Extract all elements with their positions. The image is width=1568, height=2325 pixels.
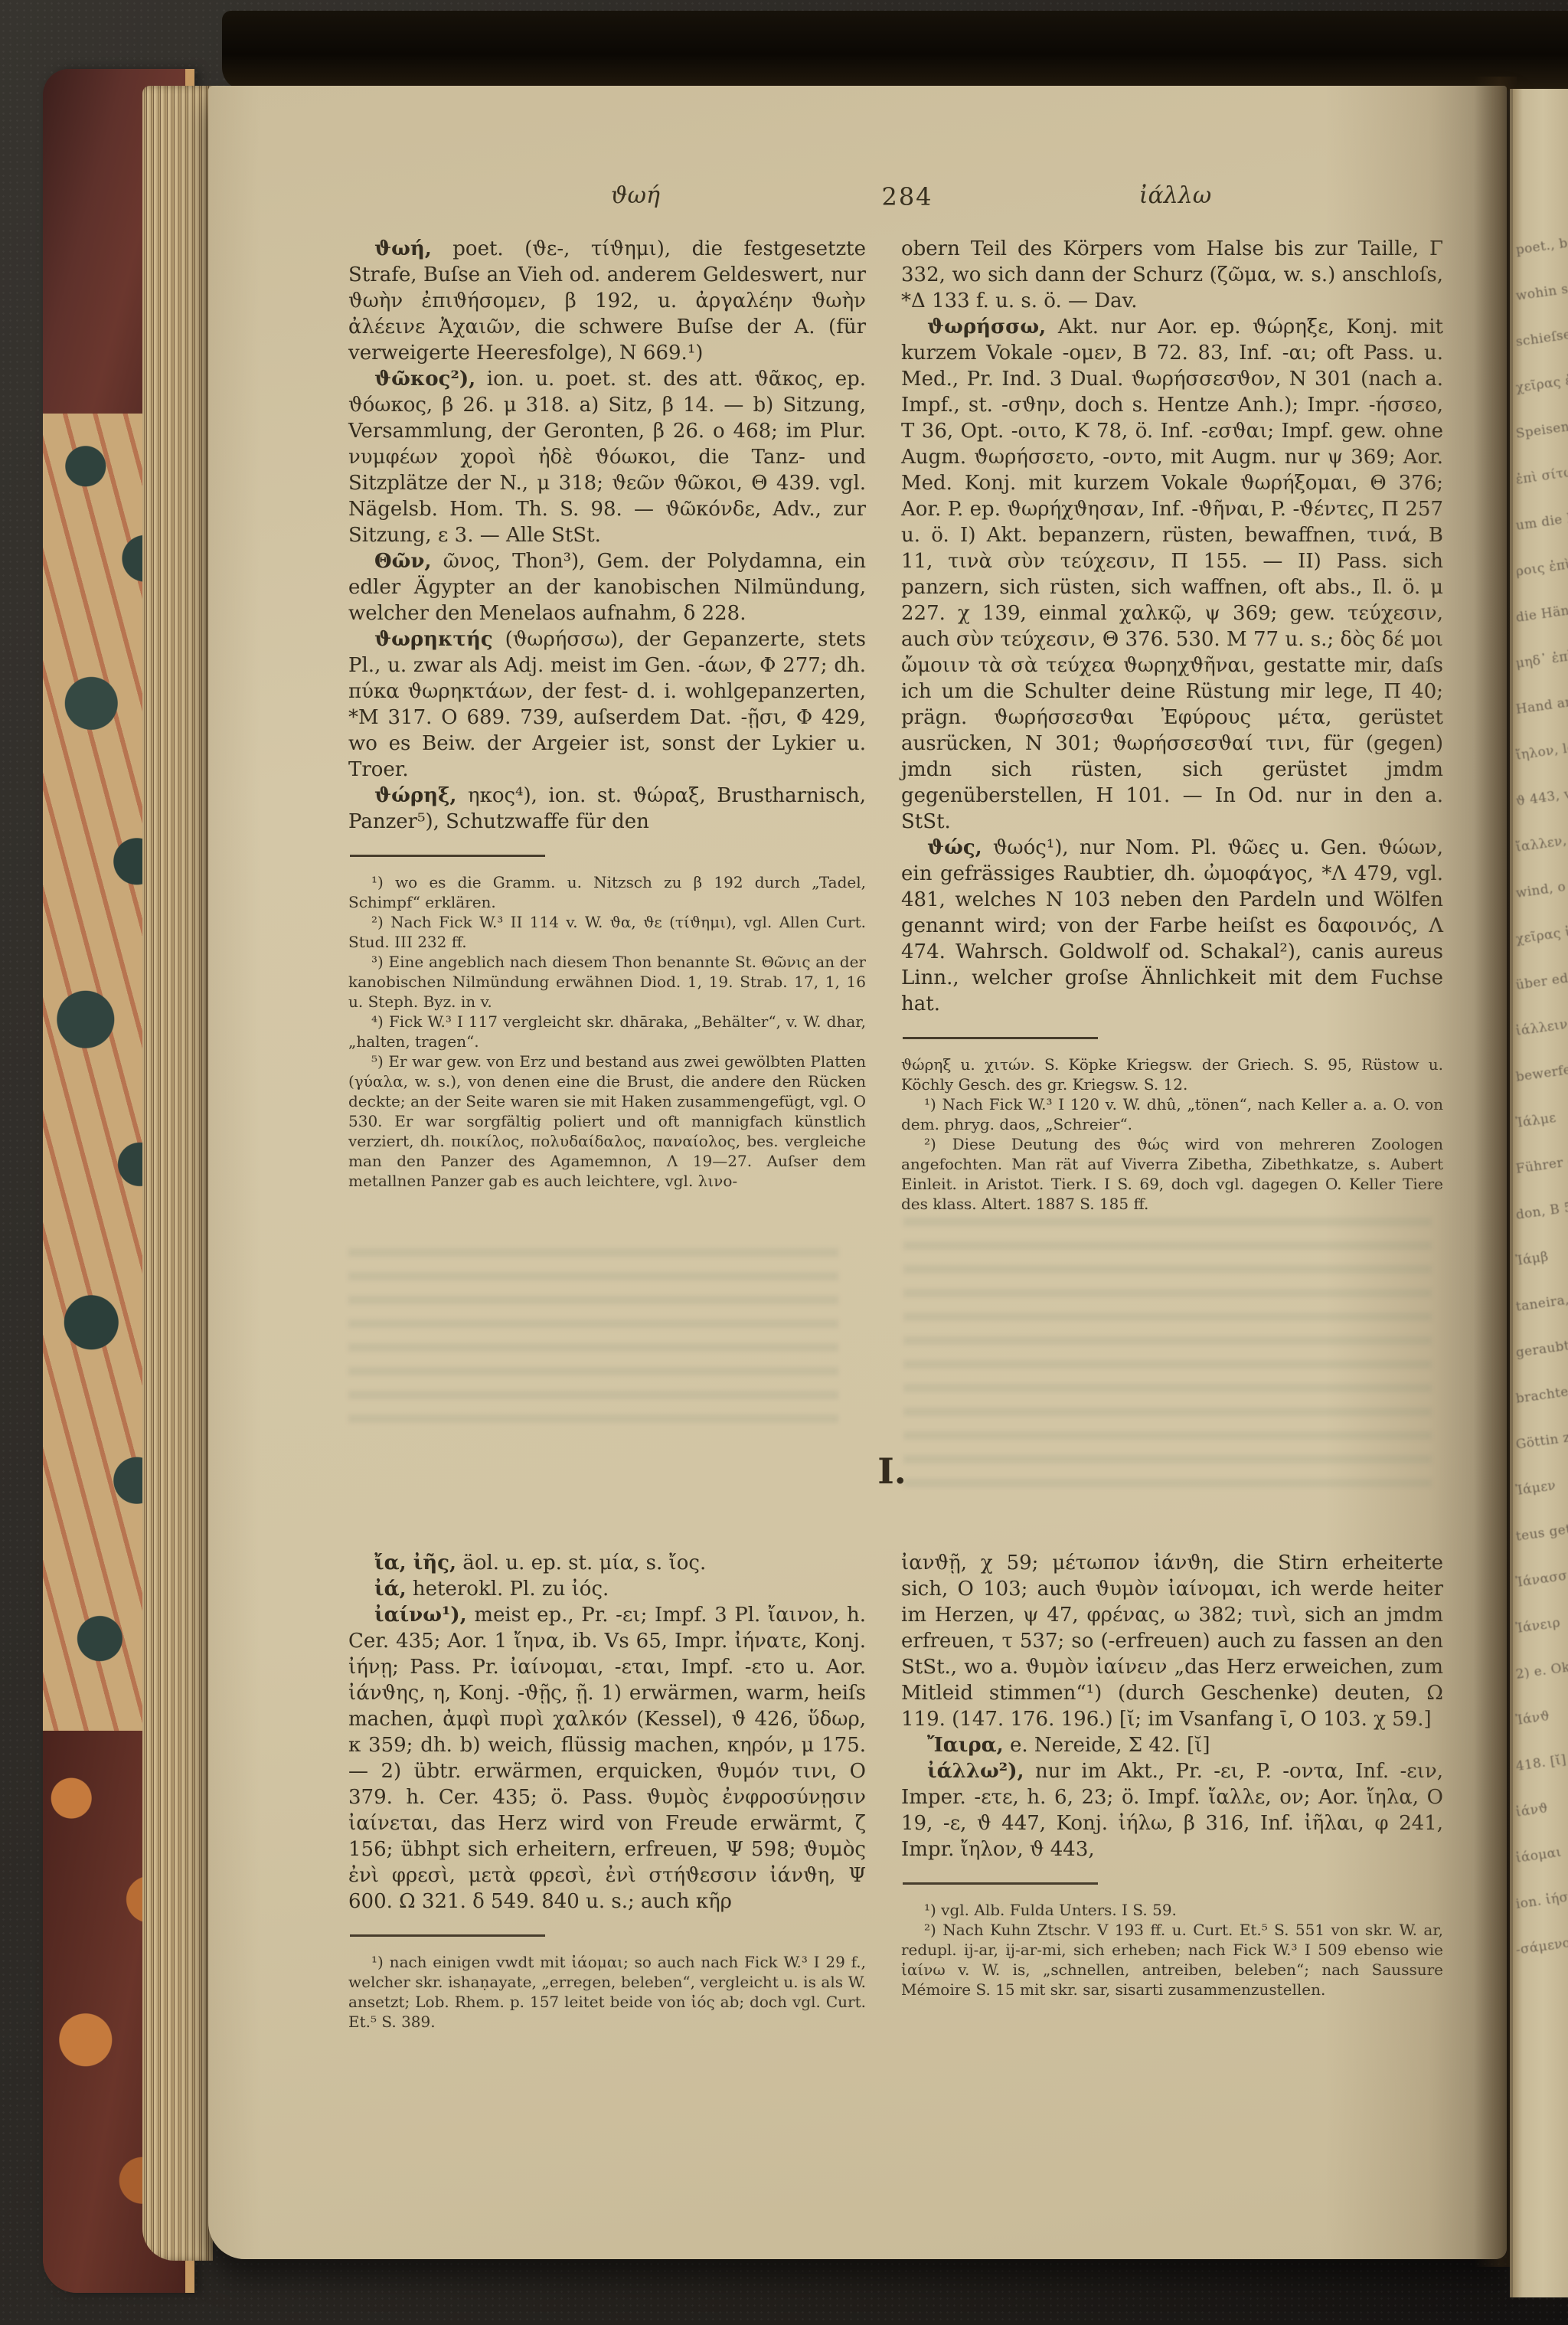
footnotes: ϑώρηξ u. χιτών. S. Köpke Kriegsw. der Gr… <box>901 1055 1443 1214</box>
fore-edge-fragment: χεῖρας ἰήλ <box>1514 924 1568 948</box>
entry-lemma: Θῶν, <box>374 550 432 573</box>
dictionary-entry: obern Teil des Körpers vom Halse bis zur… <box>901 236 1443 314</box>
footnote-text: ³) Eine angeblich nach diesem Thon benan… <box>348 953 866 1011</box>
fore-edge-fragment: Führer de <box>1514 1154 1568 1178</box>
entry-lemma: ἰά, <box>374 1578 407 1601</box>
fore-edge-fragment: Ἰάνειρ <box>1514 1614 1568 1637</box>
top-right-column: obern Teil des Körpers vom Halse bis zur… <box>901 236 1443 1214</box>
fore-edge-fragment: geraubte <box>1514 1338 1568 1362</box>
dictionary-entry: ϑώρηξ, ηκος⁴), ion. st. ϑώραξ, Brustharn… <box>348 783 866 835</box>
footnote-text: ⁵) Er war gew. von Erz und bestand aus z… <box>348 1052 866 1190</box>
footnote: ³) Eine angeblich nach diesem Thon benan… <box>348 952 866 1012</box>
footnotes: ¹) wo es die Gramm. u. Nitzsch zu β 192 … <box>348 872 866 1191</box>
fore-edge-fragment: χεῖρας ἐ <box>1514 373 1568 397</box>
footnote-rule <box>903 1037 1098 1039</box>
page-stack-edge <box>142 86 213 2261</box>
footnote: ⁵) Er war gew. von Erz und bestand aus z… <box>348 1051 866 1191</box>
book-top-shadow <box>222 11 1568 90</box>
entry-text: e. Nereide, Σ 42. [ῐ] <box>1010 1734 1210 1757</box>
fore-edge-fragment: μηδ᾽ ἐπὶ ( <box>1514 649 1568 672</box>
fore-edge-fragment: ἰάομαι <box>1514 1843 1568 1867</box>
entry-lemma: ϑώρηξ, <box>374 784 456 807</box>
dictionary-entry: ϑώς, ϑωός¹), nur Nom. Pl. ϑῶες u. Gen. ϑ… <box>901 835 1443 1017</box>
book-page: ϑωή 284 ἰάλλω ϑωή, poet. (ϑε-, τίϑημι), … <box>208 86 1507 2259</box>
entry-text: ἰανϑῇ, χ 59; μέτωπον ἰάνϑη, die Stirn er… <box>901 1552 1443 1731</box>
fore-edge-fragment: wohin set <box>1514 281 1568 305</box>
footnote-text: ϑώρηξ u. χιτών. S. Köpke Kriegsw. der Gr… <box>901 1055 1443 1094</box>
fore-edge-fragment: taneira, <box>1514 1292 1568 1316</box>
footnote: ²) Nach Fick W.³ II 114 v. W. ϑα, ϑε (τί… <box>348 912 866 952</box>
footnote-text: ¹) Nach Fick W.³ I 120 v. W. dhû, „tönen… <box>901 1095 1443 1133</box>
running-head-right-keyword: ἰάλλω <box>1099 182 1252 216</box>
running-head-left-keyword: ϑωή <box>559 182 712 216</box>
fore-edge-fragment: Ἰάνϑ <box>1514 1705 1568 1729</box>
entry-lemma: ἴα, ἰῆς, <box>374 1552 456 1575</box>
footnote: ⁴) Fick W.³ I 117 vergleicht skr. dhārak… <box>348 1012 866 1051</box>
fore-edge-fragment: Ἰάμεν <box>1514 1476 1568 1499</box>
dictionary-entry: ϑωρήσσω, Akt. nur Aor. ep. ϑώρηξε, Konj.… <box>901 314 1443 835</box>
fore-edge-fragment: Ἰάνασσ <box>1514 1568 1568 1591</box>
fore-edge-fragment: 2) e. Oke <box>1514 1660 1568 1683</box>
entry-lemma: Ἴαιρα, <box>927 1734 1004 1757</box>
fore-edge-fragment: um die H <box>1514 511 1568 535</box>
fore-edge-fragment: ἐπὶ σίτῳ, <box>1514 465 1568 489</box>
entry-text: ion. u. poet. st. des att. ϑᾶκος, ep. ϑό… <box>348 368 866 547</box>
fore-edge-fragment: ἴαλλεν, d <box>1514 832 1568 856</box>
footnote-text: ²) Nach Kuhn Ztschr. V 193 ff. u. Curt. … <box>901 1921 1443 1999</box>
page-content: ϑωή 284 ἰάλλω ϑωή, poet. (ϑε-, τίϑημι), … <box>208 86 1507 2259</box>
bottom-left-column: ἴα, ἰῆς, äol. u. ep. st. μία, s. ἴος. ἰά… <box>348 1550 866 2032</box>
entry-list: ϑωή, poet. (ϑε-, τίϑημι), die festgesetz… <box>348 236 866 835</box>
footnote-rule <box>903 1882 1098 1885</box>
entry-lemma: ϑωή, <box>374 237 432 260</box>
dictionary-entry: ἰάλλω²), nur im Akt., Pr. -ει, P. -οντα,… <box>901 1758 1443 1862</box>
footnote: ¹) vgl. Alb. Fulda Unters. I S. 59. <box>901 1900 1443 1920</box>
fore-edge-fragment: -σάμενο <box>1514 1935 1568 1959</box>
dictionary-entry: ἰανϑῇ, χ 59; μέτωπον ἰάνϑη, die Stirn er… <box>901 1550 1443 1732</box>
fore-edge-fragment: Ἰάμβ <box>1514 1246 1568 1270</box>
fore-edge-fragment: Göttin zu <box>1514 1430 1568 1454</box>
fore-edge-fragment: ἴηλον, leg <box>1514 741 1568 764</box>
entry-text: äol. u. ep. st. μία, s. ἴος. <box>462 1552 706 1575</box>
dictionary-entry: ϑωή, poet. (ϑε-, τίϑημι), die festgesetz… <box>348 236 866 366</box>
fore-edge-fragment: ἰάλλειν τ <box>1514 1016 1568 1040</box>
fore-edge-fragment: Ἰάλμε <box>1514 1108 1568 1132</box>
fore-edge-fragment: brachte <box>1514 1384 1568 1408</box>
entry-lemma: ϑώς, <box>927 836 982 859</box>
footnote: ¹) nach einigen vwdt mit ἰάομαι; so auch… <box>348 1952 866 2032</box>
entry-list: obern Teil des Körpers vom Halse bis zur… <box>901 236 1443 1017</box>
entry-text: ϑωός¹), nur Nom. Pl. ϑῶες u. Gen. ϑώων, … <box>901 836 1443 1015</box>
footnote-rule <box>350 855 545 857</box>
dictionary-entry: ϑῶκος²), ion. u. poet. st. des att. ϑᾶκο… <box>348 366 866 548</box>
footnote: ²) Diese Deutung des ϑώς wird von mehrer… <box>901 1134 1443 1214</box>
footnote-text: ²) Nach Fick W.³ II 114 v. W. ϑα, ϑε (τί… <box>348 913 866 951</box>
footnote-text: ²) Diese Deutung des ϑώς wird von mehrer… <box>901 1135 1443 1213</box>
entry-lemma: ϑῶκος²), <box>374 368 475 391</box>
photo-background: ϑωή 284 ἰάλλω ϑωή, poet. (ϑε-, τίϑημι), … <box>0 0 1568 2325</box>
entry-text: meist ep., Pr. -ει; Impf. 3 Pl. ἴαινον, … <box>348 1604 866 1913</box>
dictionary-entry: Θῶν, ῶνος, Thon³), Gem. der Polydamna, e… <box>348 548 866 626</box>
fore-edge-fragment: die Händ <box>1514 603 1568 626</box>
dictionary-entry: ἰά, heterokl. Pl. zu ἰός. <box>348 1576 866 1602</box>
entry-lemma: ἰάλλω²), <box>927 1760 1024 1783</box>
fore-edge-fragment: ion. ἰήσο <box>1514 1889 1568 1913</box>
entry-text: heterokl. Pl. zu ἰός. <box>413 1578 609 1601</box>
entry-lemma: ἰαίνω¹), <box>374 1604 467 1627</box>
entry-lemma: ϑωρήσσω, <box>927 316 1046 338</box>
fore-edge-fragment: poet., bes <box>1514 235 1568 259</box>
entry-text: obern Teil des Körpers vom Halse bis zur… <box>901 237 1443 312</box>
entry-text: Akt. nur Aor. ep. ϑώρηξε, Konj. mit kurz… <box>901 316 1443 833</box>
entry-lemma: ϑωρηκτής <box>374 628 493 651</box>
fore-edge-fragment: über ede <box>1514 970 1568 994</box>
footnotes: ¹) nach einigen vwdt mit ἰάομαι; so auch… <box>348 1952 866 2032</box>
bottom-right-column: ἰανϑῇ, χ 59; μέτωπον ἰάνϑη, die Stirn er… <box>901 1550 1443 2000</box>
footnote: ²) Nach Kuhn Ztschr. V 193 ff. u. Curt. … <box>901 1920 1443 2000</box>
footnote-text: ¹) nach einigen vwdt mit ἰάομαι; so auch… <box>348 1953 866 2031</box>
footnotes: ¹) vgl. Alb. Fulda Unters. I S. 59. ²) N… <box>901 1900 1443 2000</box>
entry-text: (ϑωρήσσω), der Gepanzerte, stets Pl., u.… <box>348 628 866 781</box>
fore-edge-pages: poet., bes wohin set schieſse χεῖρας ἐ S… <box>1510 89 1568 2297</box>
footnote-text: ¹) vgl. Alb. Fulda Unters. I S. 59. <box>924 1901 1177 1919</box>
section-heading: I. <box>854 1450 930 1492</box>
dictionary-entry: Ἴαιρα, e. Nereide, Σ 42. [ῐ] <box>901 1732 1443 1758</box>
fore-edge-fragment: ροις ἐπὶ <box>1514 557 1568 580</box>
entry-list: ἰανϑῇ, χ 59; μέτωπον ἰάνϑη, die Stirn er… <box>901 1550 1443 1862</box>
dictionary-entry: ἴα, ἰῆς, äol. u. ep. st. μία, s. ἴος. <box>348 1550 866 1576</box>
fore-edge-fragment: 418. [ῐ] <box>1514 1751 1568 1775</box>
footnote: ϑώρηξ u. χιτών. S. Köpke Kriegsw. der Gr… <box>901 1055 1443 1094</box>
fore-edge-fragment: Speisen a <box>1514 419 1568 443</box>
fore-edge-fragment: schieſse <box>1514 327 1568 351</box>
footnote-text: ¹) wo es die Gramm. u. Nitzsch zu β 192 … <box>348 873 866 911</box>
footnote: ¹) wo es die Gramm. u. Nitzsch zu β 192 … <box>348 872 866 912</box>
page-number: 284 <box>846 182 969 216</box>
fore-edge-fragment: teus getö <box>1514 1522 1568 1545</box>
entry-list: ἴα, ἰῆς, äol. u. ep. st. μία, s. ἴος. ἰά… <box>348 1550 866 1915</box>
footnote-text: ⁴) Fick W.³ I 117 vergleicht skr. dhārak… <box>348 1012 866 1051</box>
dictionary-entry: ἰαίνω¹), meist ep., Pr. -ει; Impf. 3 Pl.… <box>348 1602 866 1915</box>
fore-edge-fragment: ἰάνϑ <box>1514 1797 1568 1821</box>
fore-edge-fragment: wind, o 4 <box>1514 878 1568 902</box>
fore-edge-fragment: bewerfen <box>1514 1062 1568 1086</box>
top-left-column: ϑωή, poet. (ϑε-, τίϑημι), die festgesetz… <box>348 236 866 1191</box>
fore-edge-fragment: don, B 51 <box>1514 1200 1568 1224</box>
fore-edge-fragment: Hand an <box>1514 695 1568 718</box>
fore-edge-fragment: ϑ 443, vgl <box>1514 786 1568 810</box>
footnote-rule <box>350 1934 545 1937</box>
footnote: ¹) Nach Fick W.³ I 120 v. W. dhû, „tönen… <box>901 1094 1443 1134</box>
dictionary-entry: ϑωρηκτής (ϑωρήσσω), der Gepanzerte, stet… <box>348 626 866 783</box>
